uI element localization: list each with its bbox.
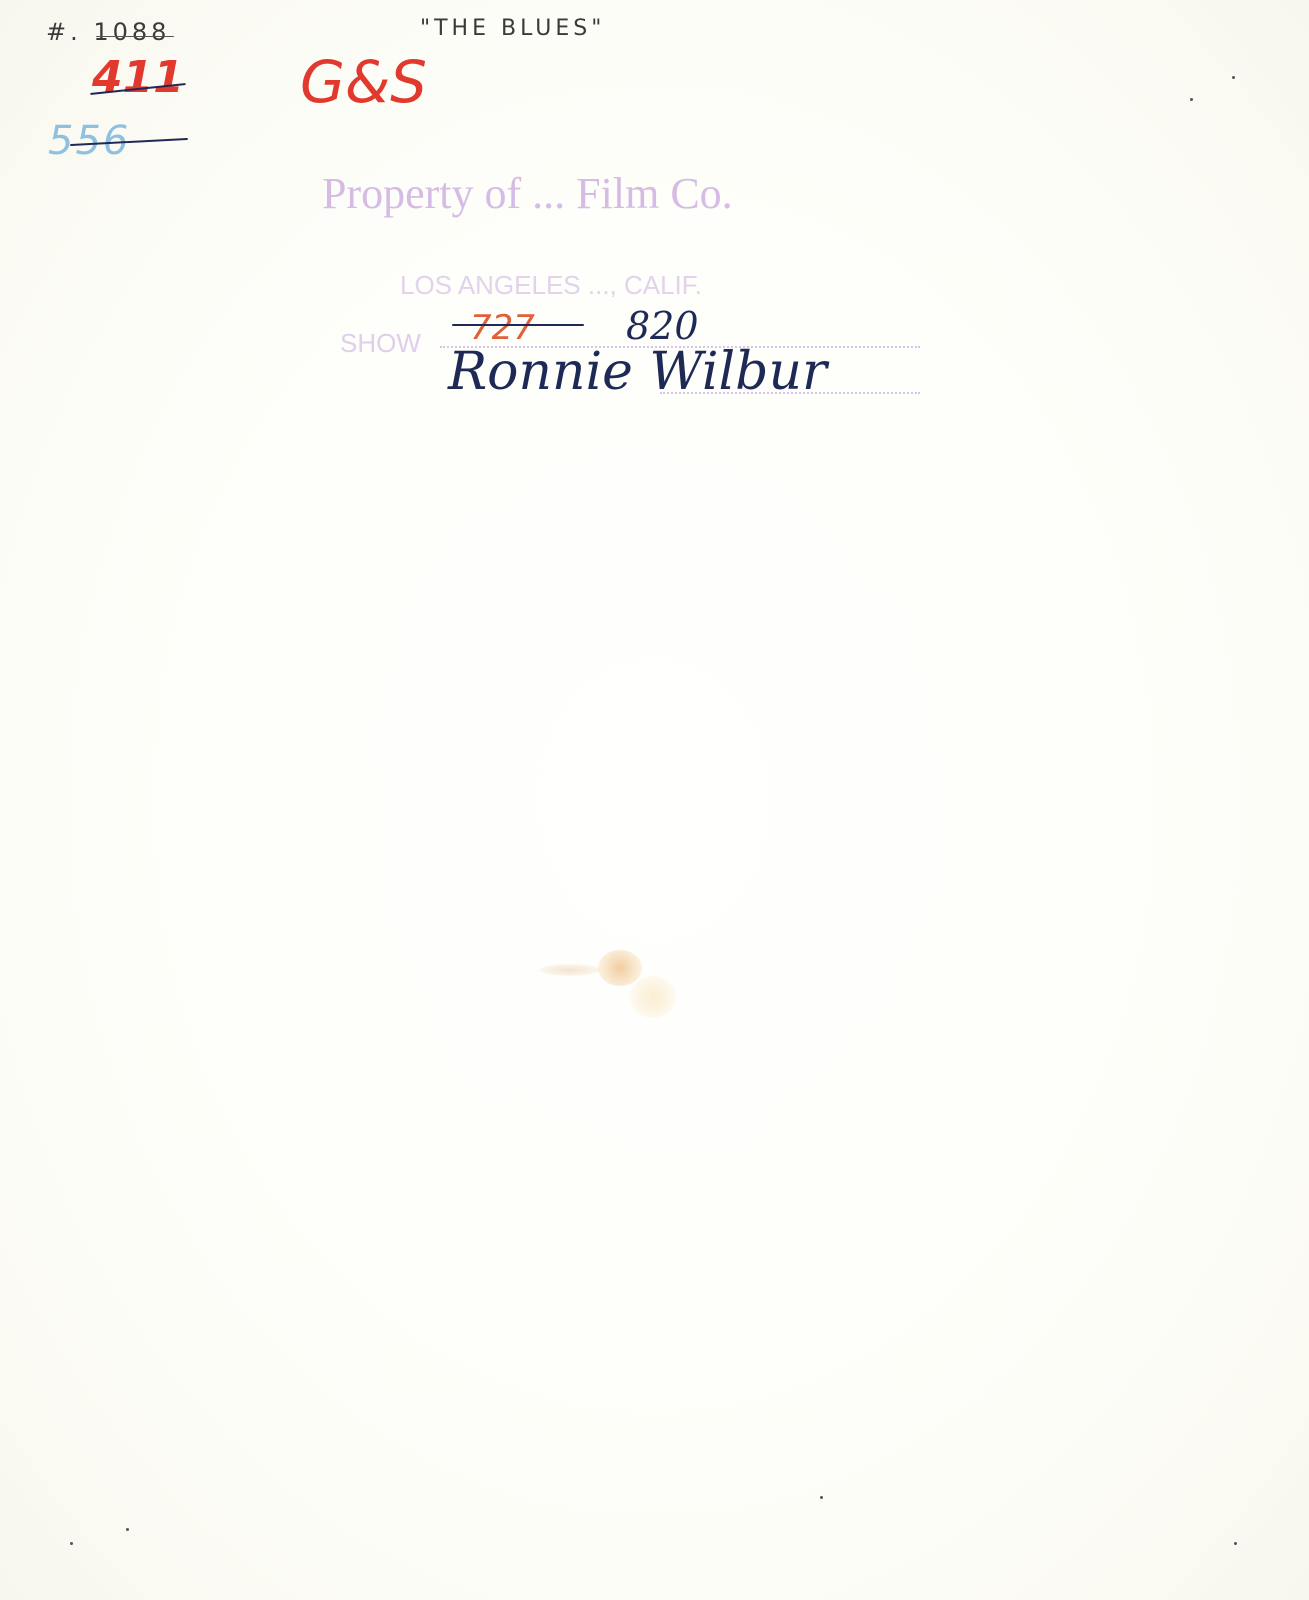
speck (1190, 98, 1193, 101)
speck (70, 1542, 73, 1545)
speck (126, 1528, 129, 1531)
red-code-gs: G&S (300, 48, 427, 116)
speck (1234, 1542, 1237, 1545)
speck (1232, 76, 1235, 79)
title-note: "THE BLUES" (420, 16, 605, 41)
stamp-show-label: SHOW (340, 328, 421, 359)
coffee-stain-halo (630, 976, 676, 1018)
speck (820, 1496, 823, 1499)
red-number-411: 411 (92, 52, 184, 103)
crossed-out-strike (452, 324, 584, 326)
catalog-number-note: #. 1088 (46, 18, 170, 46)
ink-name: Ronnie Wilbur (448, 342, 827, 402)
catalog-number-strike (96, 36, 174, 37)
coffee-stain-streak (540, 964, 600, 976)
stamp-property-line: Property of ... Film Co. (322, 168, 733, 219)
photo-back-paper: #. 1088 "THE BLUES" 411 G&S 556 Property… (0, 0, 1309, 1600)
stamp-address-line: LOS ANGELES ..., CALIF. (400, 270, 702, 301)
coffee-stain (598, 950, 642, 986)
